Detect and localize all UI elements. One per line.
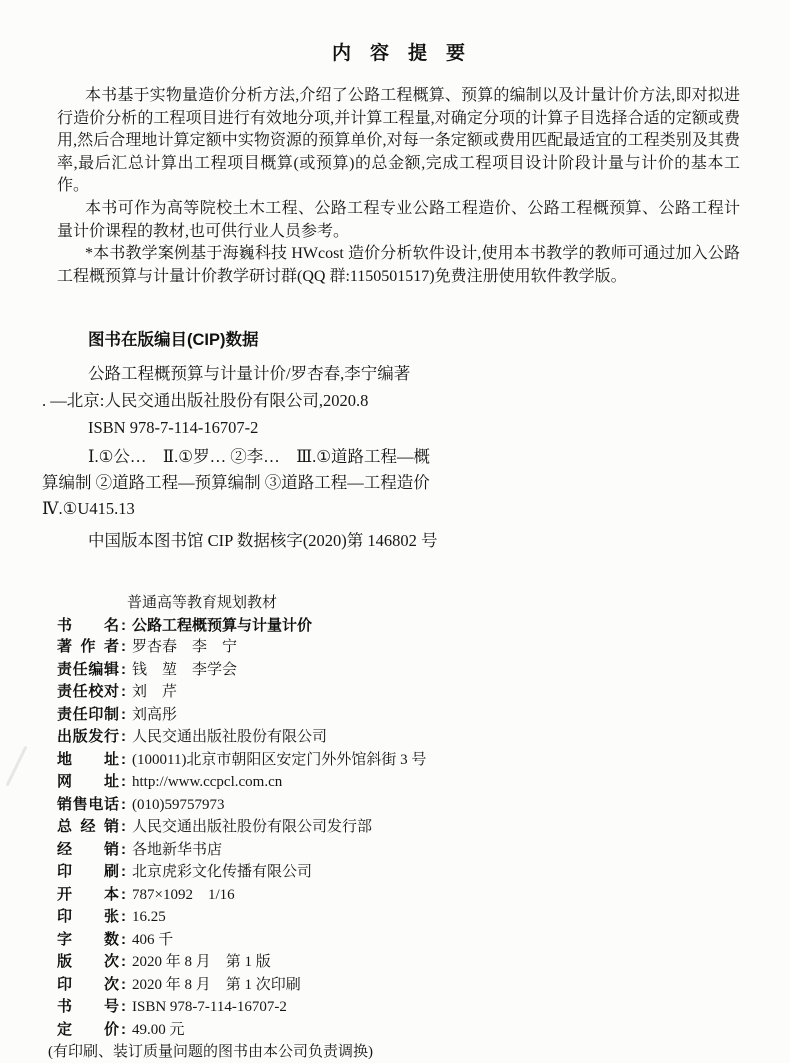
cip-classification-line: Ⅳ.①U415.13 — [42, 496, 532, 522]
colophon-label: 著作者 — [57, 636, 119, 658]
colophon-section: 普通高等教育规划教材 书名:公路工程概预算与计量计价著作者:罗杏春 李 宁责任编… — [57, 593, 790, 1063]
series-title: 普通高等教育规划教材 — [127, 593, 790, 615]
colophon-colon: : — [121, 996, 126, 1018]
colophon-label: 印张 — [57, 906, 119, 928]
cip-isbn-line: ISBN 978-7-114-16707-2 — [42, 414, 532, 441]
colophon-label: 印刷 — [57, 861, 119, 883]
colophon-colon: : — [121, 659, 126, 681]
colophon-colon: : — [121, 749, 126, 771]
colophon-row: 经销:各地新华书店 — [57, 839, 790, 862]
colophon-value: 2020 年 8 月 第 1 版 — [132, 952, 271, 974]
colophon-row: 开本:787×1092 1/16 — [57, 884, 790, 907]
colophon-value: 406 千 — [132, 930, 173, 952]
cip-record-line: 中国版本图书馆 CIP 数据核字(2020)第 146802 号 — [42, 527, 532, 554]
cip-section: 图书在版编目(CIP)数据 公路工程概预算与计量计价/罗杏春,李宁编著 . —北… — [42, 328, 532, 554]
colophon-label: 定价 — [57, 1019, 119, 1041]
summary-paragraphs: 本书基于实物量造价分析方法,介绍了公路工程概算、预算的编制以及计量计价方法,即对… — [57, 85, 740, 288]
colophon-label: 字数 — [57, 929, 119, 951]
cip-classification-line: Ⅰ.①公… Ⅱ.①罗… ②李… Ⅲ.①道路工程—概 — [42, 444, 532, 470]
colophon-row: 网址:http://www.ccpcl.com.cn — [57, 771, 790, 794]
colophon-value: 公路工程概预算与计量计价 — [132, 615, 312, 637]
colophon-label: 书名 — [57, 615, 119, 637]
colophon-label: 总经销 — [57, 816, 119, 838]
summary-paragraph: *本书教学案例基于海巍科技 HWcost 造价分析软件设计,使用本书教学的教师可… — [57, 243, 740, 288]
colophon-label: 经销 — [57, 839, 119, 861]
colophon-colon: : — [121, 951, 126, 973]
colophon-label: 书号 — [57, 996, 119, 1018]
colophon-label: 销售电话 — [57, 794, 119, 816]
colophon-colon: : — [121, 615, 126, 637]
colophon-value: 人民交通出版社股份有限公司发行部 — [132, 817, 372, 839]
colophon-row: 字数:406 千 — [57, 929, 790, 952]
colophon-row: 印张:16.25 — [57, 906, 790, 929]
colophon-row: 印刷:北京虎彩文化传播有限公司 — [57, 861, 790, 884]
colophon-value: 2020 年 8 月 第 1 次印刷 — [132, 975, 301, 997]
colophon-colon: : — [121, 929, 126, 951]
colophon-label: 责任印制 — [57, 704, 119, 726]
colophon-label: 责任校对 — [57, 681, 119, 703]
quality-note: (有印刷、装订质量问题的图书由本公司负责调换) — [48, 1042, 790, 1063]
colophon-value: 罗杏春 李 宁 — [132, 637, 237, 659]
colophon-label: 版次 — [57, 951, 119, 973]
scan-artifact — [6, 746, 28, 787]
colophon-row: 责任编辑:钱 堃 李学会 — [57, 659, 790, 682]
colophon-colon: : — [121, 1019, 126, 1041]
colophon-colon: : — [121, 884, 126, 906]
colophon-colon: : — [121, 906, 126, 928]
colophon-colon: : — [121, 861, 126, 883]
colophon-value: ISBN 978-7-114-16707-2 — [132, 997, 287, 1019]
colophon-colon: : — [121, 681, 126, 703]
colophon-row: 版次:2020 年 8 月 第 1 版 — [57, 951, 790, 974]
colophon-label: 开本 — [57, 884, 119, 906]
colophon-row: 印次:2020 年 8 月 第 1 次印刷 — [57, 974, 790, 997]
cip-classification-line: 算编制 ②道路工程—预算编制 ③道路工程—工程造价 — [42, 470, 532, 496]
colophon-label: 网址 — [57, 771, 119, 793]
cip-classification: Ⅰ.①公… Ⅱ.①罗… ②李… Ⅲ.①道路工程—概算编制 ②道路工程—预算编制 … — [42, 444, 532, 522]
colophon-row: 地址:(100011)北京市朝阳区安定门外外馆斜街 3 号 — [57, 749, 790, 772]
colophon-row: 销售电话:(010)59757973 — [57, 794, 790, 817]
colophon-value: 刘 芹 — [132, 682, 177, 704]
colophon-row: 著作者:罗杏春 李 宁 — [57, 636, 790, 659]
colophon-row: 总经销:人民交通出版社股份有限公司发行部 — [57, 816, 790, 839]
colophon-row: 责任印制:刘高彤 — [57, 704, 790, 727]
book-copyright-page: 内 容 提 要 本书基于实物量造价分析方法,介绍了公路工程概算、预算的编制以及计… — [0, 0, 790, 1063]
colophon-value: 787×1092 1/16 — [132, 885, 235, 907]
summary-paragraph: 本书可作为高等院校土木工程、公路工程专业公路工程造价、公路工程概预算、公路工程计… — [57, 198, 740, 243]
colophon-label: 出版发行 — [57, 726, 119, 748]
colophon-value: 各地新华书店 — [132, 840, 222, 862]
colophon-colon: : — [121, 771, 126, 793]
colophon-row: 出版发行:人民交通出版社股份有限公司 — [57, 726, 790, 749]
cip-publisher-line: . —北京:人民交通出版社股份有限公司,2020.8 — [42, 387, 532, 414]
colophon-value: (100011)北京市朝阳区安定门外外馆斜街 3 号 — [132, 750, 426, 772]
colophon-label: 责任编辑 — [57, 659, 119, 681]
colophon-row: 定价:49.00 元 — [57, 1019, 790, 1042]
colophon-colon: : — [121, 636, 126, 658]
colophon-rows: 书名:公路工程概预算与计量计价著作者:罗杏春 李 宁责任编辑:钱 堃 李学会责任… — [57, 615, 790, 1042]
colophon-colon: : — [121, 816, 126, 838]
summary-title: 内 容 提 要 — [57, 42, 740, 66]
colophon-row: 责任校对:刘 芹 — [57, 681, 790, 704]
content-summary-section: 内 容 提 要 本书基于实物量造价分析方法,介绍了公路工程概算、预算的编制以及计… — [0, 0, 790, 288]
colophon-value: 钱 堃 李学会 — [132, 660, 237, 682]
colophon-colon: : — [121, 704, 126, 726]
colophon-value: http://www.ccpcl.com.cn — [132, 772, 282, 794]
colophon-colon: : — [121, 839, 126, 861]
colophon-colon: : — [121, 726, 126, 748]
colophon-label: 印次 — [57, 974, 119, 996]
colophon-value: 人民交通出版社股份有限公司 — [132, 727, 327, 749]
colophon-value: 49.00 元 — [132, 1020, 185, 1042]
colophon-value: 16.25 — [132, 907, 166, 929]
colophon-row: 书号:ISBN 978-7-114-16707-2 — [57, 996, 790, 1019]
colophon-value: 北京虎彩文化传播有限公司 — [132, 862, 312, 884]
colophon-label: 地址 — [57, 749, 119, 771]
cip-title-line: 公路工程概预算与计量计价/罗杏春,李宁编著 — [42, 360, 532, 387]
colophon-row: 书名:公路工程概预算与计量计价 — [57, 615, 790, 637]
cip-heading: 图书在版编目(CIP)数据 — [88, 328, 532, 352]
colophon-colon: : — [121, 974, 126, 996]
summary-paragraph: 本书基于实物量造价分析方法,介绍了公路工程概算、预算的编制以及计量计价方法,即对… — [57, 85, 740, 198]
colophon-value: 刘高彤 — [132, 705, 177, 727]
colophon-value: (010)59757973 — [132, 795, 225, 817]
colophon-colon: : — [121, 794, 126, 816]
